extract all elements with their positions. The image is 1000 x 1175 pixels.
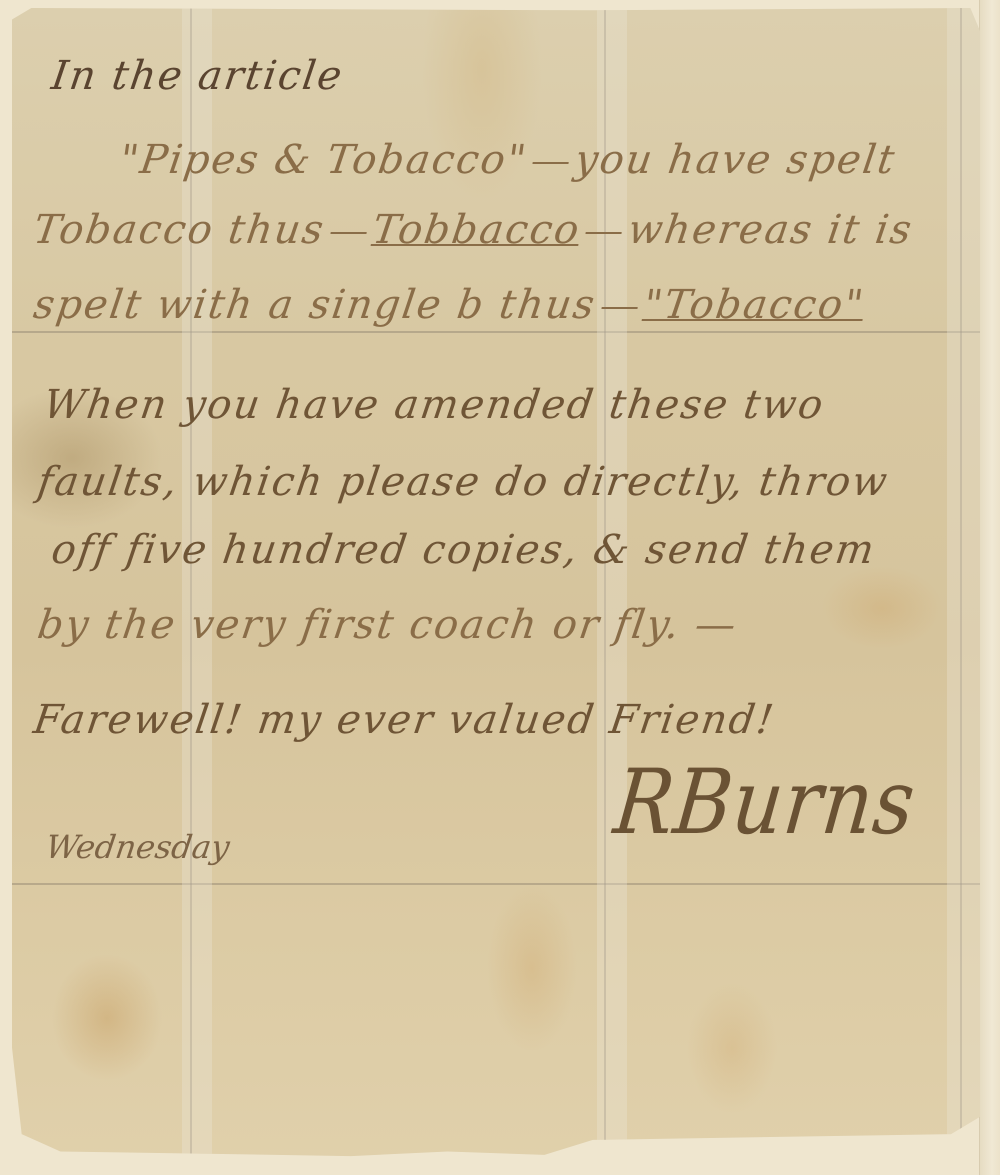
correct-word: "Tobacco" <box>641 282 868 328</box>
dash <box>330 232 366 234</box>
letter-line-9: Farewell! my ever valued Friend! <box>31 700 777 740</box>
fold-crease-horizontal <box>12 331 980 333</box>
line-3-rest: whereas it is <box>625 207 916 253</box>
article-title: "Pipes & Tobacco" <box>117 137 531 183</box>
letter-line-5: When you have amended these two <box>41 385 827 425</box>
fold-crease-horizontal <box>12 883 980 885</box>
date-line: Wednesday <box>43 828 232 866</box>
mount-board-right <box>979 0 1000 1175</box>
letter-line-4: spelt with a single b thus"Tobacco" <box>31 285 867 325</box>
letter-line-8: by the very first coach or fly. — <box>35 605 740 645</box>
repair-tape-strip <box>947 8 980 1163</box>
dash <box>601 307 637 309</box>
letter-line-3: Tobacco thusTobbaccowhereas it is <box>31 210 916 250</box>
signature: RBurns <box>610 751 921 855</box>
misspelled-word: Tobbacco <box>370 207 584 253</box>
line-2-rest: you have spelt <box>572 137 899 183</box>
letter-line-2: "Pipes & Tobacco"you have spelt <box>117 140 898 180</box>
line-3-start: Tobacco thus <box>31 207 328 253</box>
dash <box>586 232 622 234</box>
dash <box>533 162 569 164</box>
letter-line-1: In the article <box>49 56 346 96</box>
line-4-start: spelt with a single b thus <box>31 282 599 328</box>
letter-line-7: off five hundred copies, & send them <box>49 530 878 570</box>
letter-line-6: faults, which please do directly, throw <box>35 462 891 502</box>
